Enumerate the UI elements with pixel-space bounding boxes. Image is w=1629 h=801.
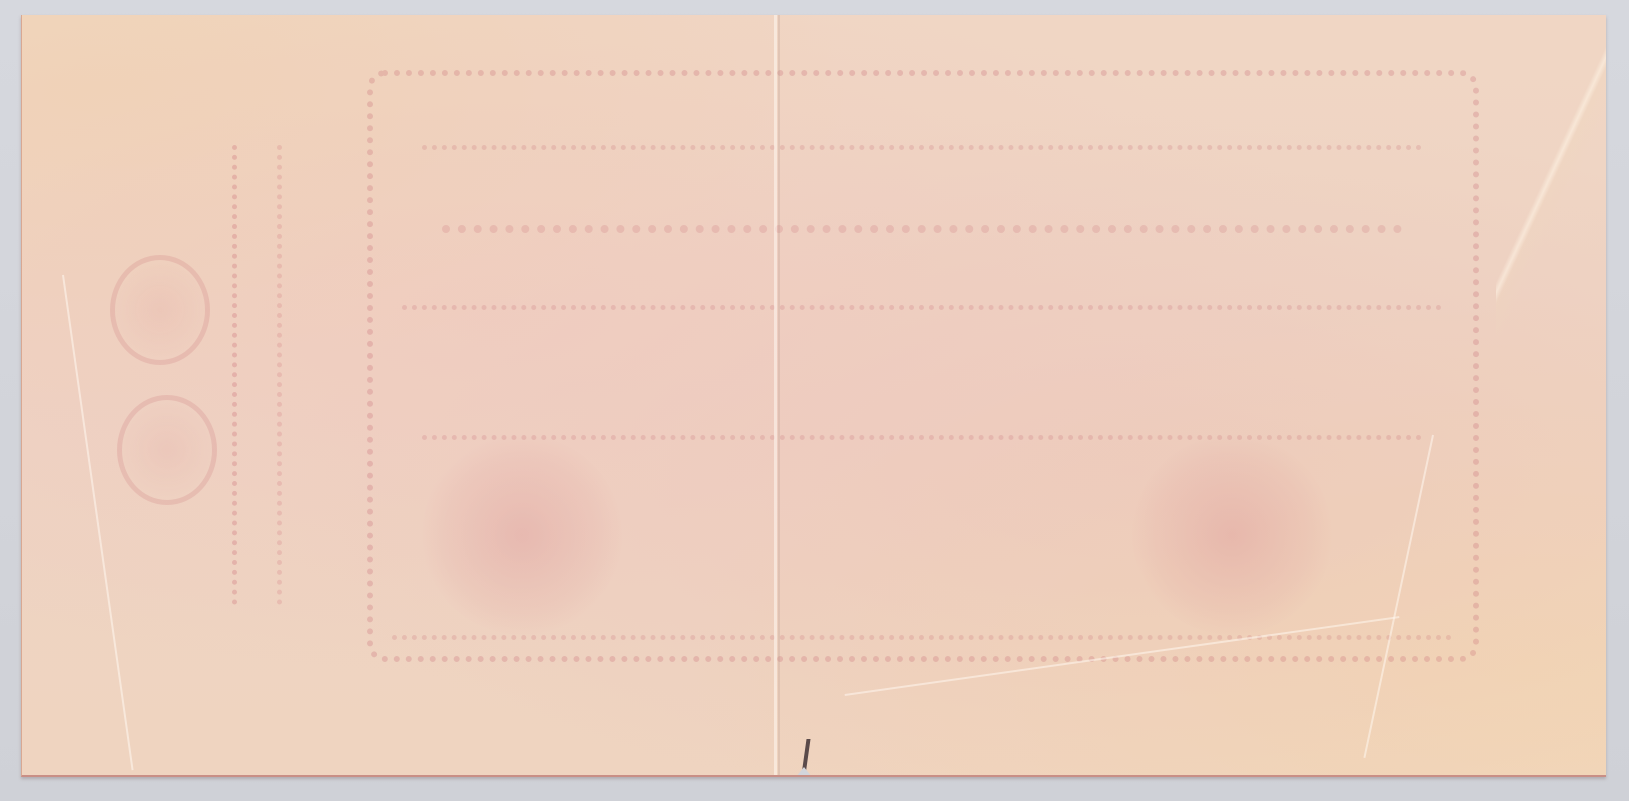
left-diagonal-crease (62, 275, 134, 770)
top-right-corner-crease (1496, 15, 1606, 335)
print-band-title (442, 225, 1402, 233)
print-band-mid (402, 305, 1442, 310)
upper-left-seal (110, 255, 210, 365)
lower-right-medallion (1132, 435, 1332, 635)
print-band-lower (422, 435, 1422, 440)
print-band-bottom (392, 635, 1452, 640)
print-band-top (422, 145, 1422, 150)
vertical-fold-crease (774, 15, 777, 775)
vertical-fold-shadow (778, 15, 780, 775)
lower-left-medallion (422, 435, 622, 635)
bottom-edge-notch (796, 767, 812, 777)
lower-left-seal (117, 395, 217, 505)
left-dotted-strip (232, 145, 282, 605)
banknote-reverse (21, 15, 1606, 777)
